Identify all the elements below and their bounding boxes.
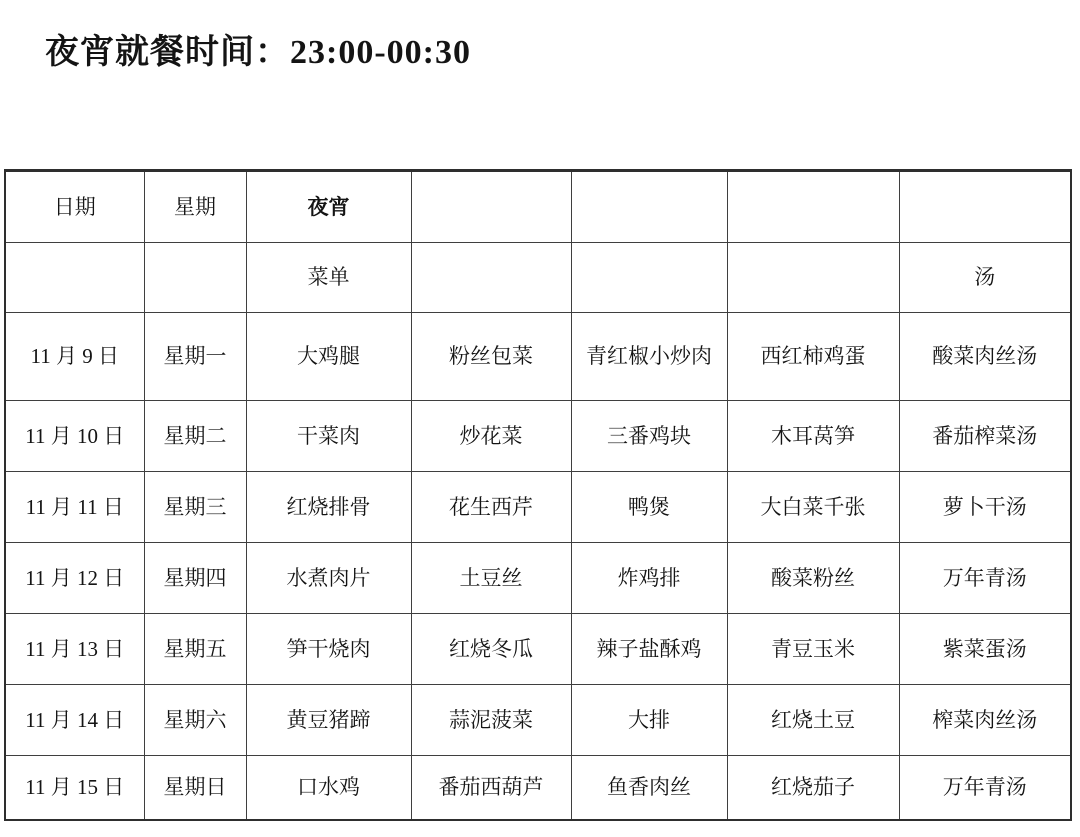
cell-weekday: 星期五 bbox=[144, 614, 246, 685]
cell-soup: 紫菜蛋汤 bbox=[899, 614, 1071, 685]
subheader-empty-2 bbox=[144, 243, 246, 313]
table-row-sun: 11 月 15 日 星期日 口水鸡 番茄西葫芦 鱼香肉丝 红烧茄子 万年青汤 bbox=[5, 756, 1071, 820]
table-header-row: 日期 星期 夜宵 bbox=[5, 171, 1071, 243]
cell-dish: 笋干烧肉 bbox=[246, 614, 411, 685]
cell-dish: 青红椒小炒肉 bbox=[571, 313, 727, 401]
cell-dish: 花生西芹 bbox=[411, 472, 571, 543]
header-empty-3 bbox=[727, 171, 899, 243]
header-empty-2 bbox=[571, 171, 727, 243]
table-row-mon: 11 月 9 日 星期一 大鸡腿 粉丝包菜 青红椒小炒肉 西红柿鸡蛋 酸菜肉丝汤 bbox=[5, 313, 1071, 401]
cell-dish: 红烧排骨 bbox=[246, 472, 411, 543]
header-empty-1 bbox=[411, 171, 571, 243]
header-date: 日期 bbox=[5, 171, 144, 243]
subheader-empty-3 bbox=[411, 243, 571, 313]
cell-soup: 番茄榨菜汤 bbox=[899, 401, 1071, 472]
cell-dish: 番茄西葫芦 bbox=[411, 756, 571, 820]
table-row-wed: 11 月 11 日 星期三 红烧排骨 花生西芹 鸭煲 大白菜千张 萝卜干汤 bbox=[5, 472, 1071, 543]
table-row-tue: 11 月 10 日 星期二 干菜肉 炒花菜 三番鸡块 木耳莴笋 番茄榨菜汤 bbox=[5, 401, 1071, 472]
cell-weekday: 星期三 bbox=[144, 472, 246, 543]
cell-dish: 口水鸡 bbox=[246, 756, 411, 820]
table-row-sat: 11 月 14 日 星期六 黄豆猪蹄 蒜泥菠菜 大排 红烧土豆 榨菜肉丝汤 bbox=[5, 685, 1071, 756]
cell-date: 11 月 10 日 bbox=[5, 401, 144, 472]
cell-dish: 红烧土豆 bbox=[727, 685, 899, 756]
cell-soup: 萝卜干汤 bbox=[899, 472, 1071, 543]
cell-soup: 榨菜肉丝汤 bbox=[899, 685, 1071, 756]
cell-dish: 大白菜千张 bbox=[727, 472, 899, 543]
cell-soup: 万年青汤 bbox=[899, 756, 1071, 820]
cell-weekday: 星期二 bbox=[144, 401, 246, 472]
cell-dish: 木耳莴笋 bbox=[727, 401, 899, 472]
cell-weekday: 星期六 bbox=[144, 685, 246, 756]
cell-dish: 三番鸡块 bbox=[571, 401, 727, 472]
cell-soup: 酸菜肉丝汤 bbox=[899, 313, 1071, 401]
cell-date: 11 月 15 日 bbox=[5, 756, 144, 820]
subheader-empty-4 bbox=[571, 243, 727, 313]
cell-dish: 西红柿鸡蛋 bbox=[727, 313, 899, 401]
cell-date: 11 月 9 日 bbox=[5, 313, 144, 401]
cell-dish: 鱼香肉丝 bbox=[571, 756, 727, 820]
header-empty-4 bbox=[899, 171, 1071, 243]
cell-dish: 粉丝包菜 bbox=[411, 313, 571, 401]
header-meal: 夜宵 bbox=[246, 171, 411, 243]
cell-dish: 黄豆猪蹄 bbox=[246, 685, 411, 756]
cell-dish: 酸菜粉丝 bbox=[727, 543, 899, 614]
header-weekday: 星期 bbox=[144, 171, 246, 243]
table-subheader-row: 菜单 汤 bbox=[5, 243, 1071, 313]
subheader-soup: 汤 bbox=[899, 243, 1071, 313]
table-row-fri: 11 月 13 日 星期五 笋干烧肉 红烧冬瓜 辣子盐酥鸡 青豆玉米 紫菜蛋汤 bbox=[5, 614, 1071, 685]
subheader-empty-1 bbox=[5, 243, 144, 313]
cell-dish: 红烧冬瓜 bbox=[411, 614, 571, 685]
cell-date: 11 月 13 日 bbox=[5, 614, 144, 685]
cell-dish: 青豆玉米 bbox=[727, 614, 899, 685]
cell-dish: 炸鸡排 bbox=[571, 543, 727, 614]
cell-weekday: 星期一 bbox=[144, 313, 246, 401]
cell-weekday: 星期四 bbox=[144, 543, 246, 614]
menu-page: 夜宵就餐时间：23:00-00:30 日期 星期 夜宵 菜单 bbox=[0, 0, 1080, 837]
cell-dish: 土豆丝 bbox=[411, 543, 571, 614]
cell-date: 11 月 11 日 bbox=[5, 472, 144, 543]
cell-dish: 红烧茄子 bbox=[727, 756, 899, 820]
subheader-menu: 菜单 bbox=[246, 243, 411, 313]
cell-dish: 炒花菜 bbox=[411, 401, 571, 472]
cell-weekday: 星期日 bbox=[144, 756, 246, 820]
supper-menu-table: 日期 星期 夜宵 菜单 汤 11 月 9 日 星期一 大鸡腿 粉丝包菜 青红椒小… bbox=[4, 169, 1072, 821]
cell-dish: 鸭煲 bbox=[571, 472, 727, 543]
cell-dish: 大鸡腿 bbox=[246, 313, 411, 401]
cell-date: 11 月 12 日 bbox=[5, 543, 144, 614]
subheader-empty-5 bbox=[727, 243, 899, 313]
table-row-thu: 11 月 12 日 星期四 水煮肉片 土豆丝 炸鸡排 酸菜粉丝 万年青汤 bbox=[5, 543, 1071, 614]
cell-date: 11 月 14 日 bbox=[5, 685, 144, 756]
cell-dish: 水煮肉片 bbox=[246, 543, 411, 614]
cell-dish: 蒜泥菠菜 bbox=[411, 685, 571, 756]
page-title: 夜宵就餐时间：23:00-00:30 bbox=[45, 24, 471, 73]
cell-dish: 辣子盐酥鸡 bbox=[571, 614, 727, 685]
cell-dish: 干菜肉 bbox=[246, 401, 411, 472]
cell-soup: 万年青汤 bbox=[899, 543, 1071, 614]
cell-dish: 大排 bbox=[571, 685, 727, 756]
